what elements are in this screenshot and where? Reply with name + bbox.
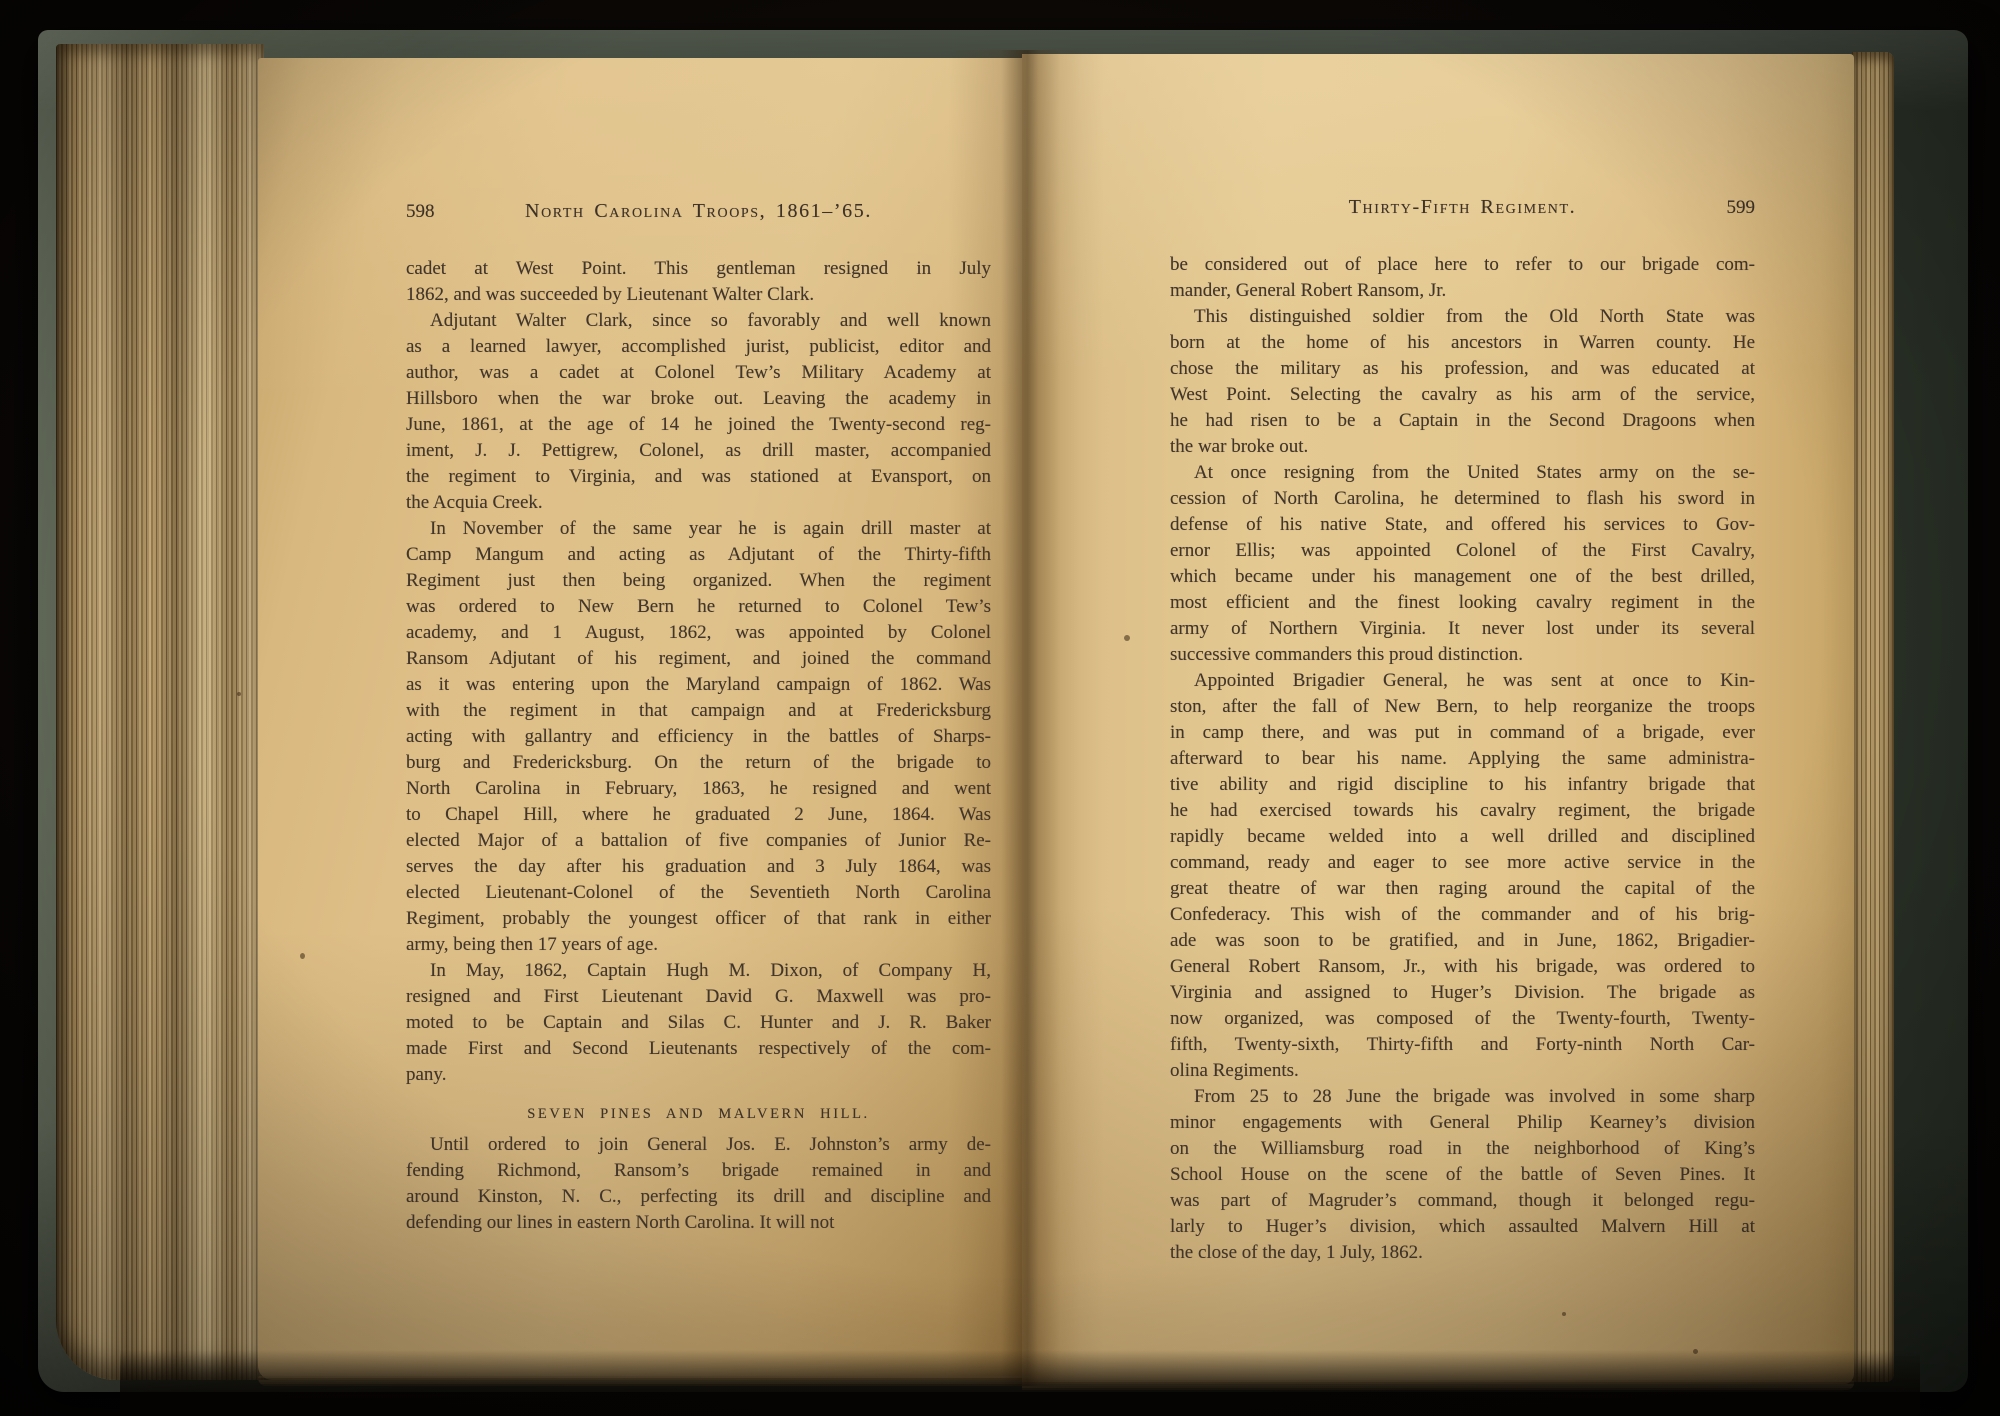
paper-speck <box>1693 1349 1698 1354</box>
text-line: elected Major of a battalion of five com… <box>406 828 991 854</box>
text-line: Adjutant Walter Clark, since so favorabl… <box>406 308 991 334</box>
paragraph: Adjutant Walter Clark, since so favorabl… <box>406 308 991 516</box>
text-line: with the regiment in that campaign and a… <box>406 698 991 724</box>
text-line: great theatre of war then raging around … <box>1170 876 1755 902</box>
text-line: the close of the day, 1 July, 1862. <box>1170 1240 1755 1266</box>
left-page-edges <box>56 44 264 1380</box>
text-line: 1862, and was succeeded by Lieutenant Wa… <box>406 282 991 308</box>
text-line: academy, and 1 August, 1862, was appoint… <box>406 620 991 646</box>
text-line: the regiment to Virginia, and was statio… <box>406 464 991 490</box>
paragraph: This distinguished soldier from the Old … <box>1170 304 1755 460</box>
paper-speck <box>300 953 305 959</box>
text-line: afterward to bear his name. Applying the… <box>1170 746 1755 772</box>
text-line: was part of Magruder’s command, though i… <box>1170 1188 1755 1214</box>
text-line: Regiment just then being organized. When… <box>406 568 991 594</box>
text-line: resigned and First Lieutenant David G. M… <box>406 984 991 1010</box>
text-line: This distinguished soldier from the Old … <box>1170 304 1755 330</box>
paragraph: be considered out of place here to refer… <box>1170 252 1755 304</box>
text-line: June, 1861, at the age of 14 he joined t… <box>406 412 991 438</box>
text-line: serves the day after his graduation and … <box>406 854 991 880</box>
right-running-header: Thirty-Fifth Regiment. 599 <box>1170 196 1755 226</box>
text-line: ston, after the fall of New Bern, to hel… <box>1170 694 1755 720</box>
text-line: pany. <box>406 1062 991 1088</box>
text-line: cession of North Carolina, he determined… <box>1170 486 1755 512</box>
text-line: iment, J. J. Pettigrew, Colonel, as dril… <box>406 438 991 464</box>
text-line: Appointed Brigadier General, he was sent… <box>1170 668 1755 694</box>
text-line: Hillsboro when the war broke out. Leavin… <box>406 386 991 412</box>
text-line: moted to be Captain and Silas C. Hunter … <box>406 1010 991 1036</box>
text-line: the Acquia Creek. <box>406 490 991 516</box>
right-page-text: be considered out of place here to refer… <box>1170 252 1755 1266</box>
left-page: 598 North Carolina Troops, 1861–’65. cad… <box>258 58 1022 1380</box>
paragraph: cadet at West Point. This gentleman resi… <box>406 256 991 308</box>
text-line: in camp there, and was put in command of… <box>1170 720 1755 746</box>
left-page-text: cadet at West Point. This gentleman resi… <box>406 256 991 1236</box>
text-line: army of Northern Virginia. It never lost… <box>1170 616 1755 642</box>
text-line: be considered out of place here to refer… <box>1170 252 1755 278</box>
text-line: defending our lines in eastern North Car… <box>406 1210 991 1236</box>
paragraph: Until ordered to join General Jos. E. Jo… <box>406 1132 991 1236</box>
book-photograph: 598 North Carolina Troops, 1861–’65. cad… <box>0 0 2000 1416</box>
text-line: Camp Mangum and acting as Adjutant of th… <box>406 542 991 568</box>
paragraph: From 25 to 28 June the brigade was invol… <box>1170 1084 1755 1266</box>
text-line: command, ready and eager to see more act… <box>1170 850 1755 876</box>
text-line: Ransom Adjutant of his regiment, and joi… <box>406 646 991 672</box>
text-line: Regiment, probably the youngest officer … <box>406 906 991 932</box>
text-line: Until ordered to join General Jos. E. Jo… <box>406 1132 991 1158</box>
paragraph: Appointed Brigadier General, he was sent… <box>1170 668 1755 1084</box>
text-line: larly to Huger’s division, which assault… <box>1170 1214 1755 1240</box>
left-running-header: 598 North Carolina Troops, 1861–’65. <box>406 200 991 230</box>
text-line: acting with gallantry and efficiency in … <box>406 724 991 750</box>
text-line: was ordered to New Bern he returned to C… <box>406 594 991 620</box>
right-page-number: 599 <box>1727 197 1756 219</box>
text-line: as it was entering upon the Maryland cam… <box>406 672 991 698</box>
left-running-title: North Carolina Troops, 1861–’65. <box>525 200 872 222</box>
paragraph: In November of the same year he is again… <box>406 516 991 958</box>
text-line: elected Lieutenant-Colonel of the Sevent… <box>406 880 991 906</box>
paper-speck <box>1124 635 1130 641</box>
text-line: Confederacy. This wish of the commander … <box>1170 902 1755 928</box>
text-line: born at the home of his ancestors in War… <box>1170 330 1755 356</box>
right-page-edges <box>1852 52 1894 1382</box>
text-line: North Carolina in February, 1863, he res… <box>406 776 991 802</box>
text-line: burg and Fredericksburg. On the return o… <box>406 750 991 776</box>
right-page: Thirty-Fifth Regiment. 599 be considered… <box>1022 54 1854 1384</box>
text-line: From 25 to 28 June the brigade was invol… <box>1170 1084 1755 1110</box>
text-line: chose the military as his profession, an… <box>1170 356 1755 382</box>
paper-speck <box>1562 1312 1566 1316</box>
text-line: successive commanders this proud distinc… <box>1170 642 1755 668</box>
text-line: on the Williamsburg road in the neighbor… <box>1170 1136 1755 1162</box>
text-line: olina Regiments. <box>1170 1058 1755 1084</box>
text-line: army, being then 17 years of age. <box>406 932 991 958</box>
text-line: Virginia and assigned to Huger’s Divisio… <box>1170 980 1755 1006</box>
text-line: to Chapel Hill, where he graduated 2 Jun… <box>406 802 991 828</box>
text-line: General Robert Ransom, Jr., with his bri… <box>1170 954 1755 980</box>
section-heading: SEVEN PINES AND MALVERN HILL. <box>406 1101 991 1123</box>
text-line: ade was soon to be gratified, and in Jun… <box>1170 928 1755 954</box>
text-line: rapidly became welded into a well drille… <box>1170 824 1755 850</box>
text-line: he had exercised towards his cavalry reg… <box>1170 798 1755 824</box>
text-line: fifth, Twenty-sixth, Thirty-fifth and Fo… <box>1170 1032 1755 1058</box>
text-line: most efficient and the finest looking ca… <box>1170 590 1755 616</box>
text-line: fending Richmond, Ransom’s brigade remai… <box>406 1158 991 1184</box>
paper-speck <box>237 692 241 696</box>
text-line: mander, General Robert Ransom, Jr. <box>1170 278 1755 304</box>
text-line: defense of his native State, and offered… <box>1170 512 1755 538</box>
text-line: the war broke out. <box>1170 434 1755 460</box>
text-line: which became under his management one of… <box>1170 564 1755 590</box>
text-line: as a learned lawyer, accomplished jurist… <box>406 334 991 360</box>
text-line: minor engagements with General Philip Ke… <box>1170 1110 1755 1136</box>
paragraph: At once resigning from the United States… <box>1170 460 1755 668</box>
text-line: In November of the same year he is again… <box>406 516 991 542</box>
text-line: around Kinston, N. C., perfecting its dr… <box>406 1184 991 1210</box>
left-page-number: 598 <box>406 201 435 223</box>
text-line: At once resigning from the United States… <box>1170 460 1755 486</box>
text-line: West Point. Selecting the cavalry as his… <box>1170 382 1755 408</box>
text-line: ernor Ellis; was appointed Colonel of th… <box>1170 538 1755 564</box>
text-line: cadet at West Point. This gentleman resi… <box>406 256 991 282</box>
text-line: School House on the scene of the battle … <box>1170 1162 1755 1188</box>
text-line: author, was a cadet at Colonel Tew’s Mil… <box>406 360 991 386</box>
text-line: he had risen to be a Captain in the Seco… <box>1170 408 1755 434</box>
text-line: tive ability and rigid discipline to his… <box>1170 772 1755 798</box>
paragraph: In May, 1862, Captain Hugh M. Dixon, of … <box>406 958 991 1088</box>
text-line: now organized, was composed of the Twent… <box>1170 1006 1755 1032</box>
text-line: made First and Second Lieutenants respec… <box>406 1036 991 1062</box>
text-line: In May, 1862, Captain Hugh M. Dixon, of … <box>406 958 991 984</box>
right-running-title: Thirty-Fifth Regiment. <box>1349 196 1577 218</box>
